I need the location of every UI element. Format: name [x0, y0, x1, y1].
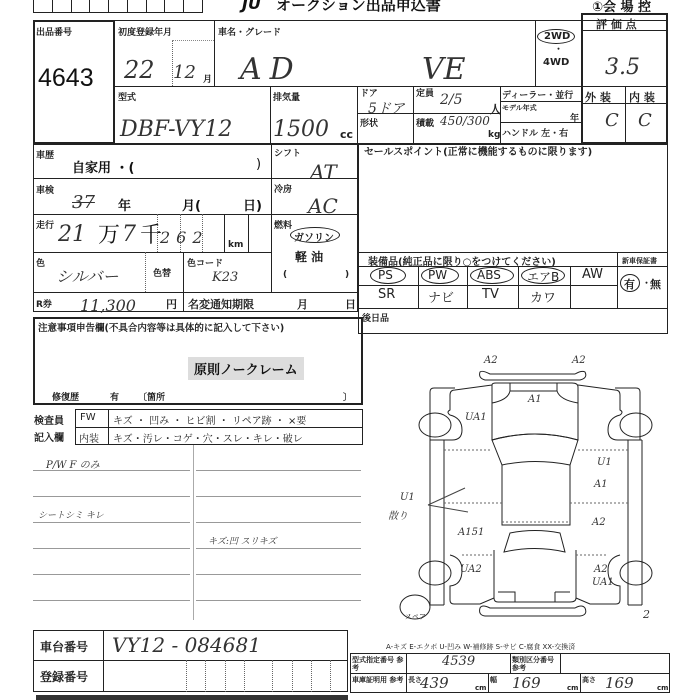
- spare-tire-label: スペア: [405, 612, 426, 622]
- load-unit: kg: [488, 130, 500, 140]
- damage-mark-a151-left: A151: [458, 527, 484, 538]
- equip-leather[interactable]: カワ: [530, 287, 556, 306]
- color-code-label: 色コード: [187, 256, 223, 269]
- damage-mark-u1-right: U1: [597, 457, 612, 468]
- model-label: 型式: [118, 90, 136, 103]
- history-close: ): [256, 157, 261, 172]
- load-label: 積載: [416, 116, 434, 129]
- first-registration-year: 22: [124, 56, 155, 84]
- recycle-label: R券: [36, 297, 52, 310]
- name-change-label: 名変通知期限: [188, 296, 254, 312]
- mileage-rest: 262: [160, 228, 209, 247]
- chassis-label: 車台番号: [40, 638, 88, 655]
- repair-yes: 有: [110, 390, 119, 403]
- form-title: オークション出品申込書: [276, 0, 441, 15]
- drive-sep: ・: [554, 42, 563, 55]
- repair-history-label: 修復歴: [52, 390, 79, 403]
- no-claim-stamp: 原則ノークレーム: [188, 357, 304, 380]
- inspection-year-value: 37: [72, 192, 95, 213]
- chassis-value: VY12 - 084681: [112, 633, 261, 657]
- damage-mark-ua1-rear-right: UA1: [592, 577, 614, 588]
- damage-mark-a1-right: A1: [594, 479, 608, 490]
- color-value: シルバー: [56, 264, 118, 287]
- handle-label: ハンドル 左・右: [502, 126, 568, 139]
- lot-number-label: 出品番号: [36, 25, 72, 38]
- repair-close: 〕: [343, 390, 352, 403]
- displacement-label: 排気量: [273, 90, 300, 103]
- equip-abs[interactable]: ABS: [477, 268, 501, 282]
- car-name-label: 車名・グレード: [218, 25, 281, 38]
- damage-mark-a1-hood: A1: [528, 394, 542, 405]
- color-code-value: K23: [212, 270, 238, 285]
- score-label: 評 価 点: [596, 16, 637, 32]
- displacement-unit: cc: [340, 128, 353, 141]
- notes-label: 注意事項申告欄(不具合内容等は具体的に記入して下さい): [38, 320, 284, 334]
- height-label: 高さ: [582, 675, 596, 685]
- shift-label: シフト: [274, 146, 301, 159]
- later-items-label: 後日品: [362, 311, 389, 324]
- fw-label: FW: [80, 412, 96, 423]
- name-change-day: 日: [345, 296, 356, 312]
- mileage-sen-unit: 千: [140, 218, 162, 249]
- inspector-label-2: 記入欄: [34, 429, 64, 444]
- mileage-sen: 7: [122, 222, 136, 247]
- sales-point-label: セールスポイント(正常に機能するものに限ります): [364, 143, 592, 158]
- equip-aw[interactable]: AW: [582, 267, 603, 282]
- capacity-value: 2/5: [440, 92, 463, 108]
- damage-mark-a2-right-rear-door: A2: [592, 517, 606, 528]
- fuel-gasoline[interactable]: ガソリン: [294, 229, 334, 244]
- logo: JU: [242, 0, 261, 13]
- interior-label: 内 装: [629, 89, 655, 105]
- type-number-value: 4539: [442, 654, 475, 669]
- length-value: 439: [420, 674, 449, 692]
- body-type-label: 形状: [360, 116, 378, 129]
- shift-value: AT: [310, 160, 337, 184]
- warranty-label: 新車保証書: [622, 256, 657, 266]
- damage-mark-scatter-left: 散り: [388, 507, 408, 522]
- inspector-note-2: シートシミ キレ: [38, 508, 104, 521]
- class-number-label: 類別区分番号 参考: [512, 656, 560, 672]
- first-registration-month: 12: [173, 62, 196, 83]
- mileage-unit: km: [228, 240, 243, 250]
- inspection-day-unit: 日): [243, 195, 262, 214]
- car-damage-diagram: [370, 340, 700, 630]
- damage-mark-ua1-front-left: UA1: [465, 412, 487, 423]
- fuel-paren-close: ): [345, 270, 349, 280]
- drive-4wd[interactable]: 4WD: [543, 57, 569, 68]
- interior-grade: C: [638, 110, 652, 131]
- equip-pw[interactable]: PW: [428, 268, 447, 282]
- recycle-unit: 円: [166, 296, 177, 312]
- interior-items: キズ・汚レ・コゲ・穴・スレ・キレ・破レ: [113, 430, 303, 445]
- dimensions-label: 車庫証明用 参考: [352, 676, 406, 684]
- capacity-label: 定員: [416, 86, 434, 99]
- model-year-label: モデル年式: [502, 103, 537, 113]
- inspection-label: 車検: [36, 183, 54, 196]
- registration-label: 登録番号: [40, 668, 88, 685]
- car-grade-value: VE: [422, 52, 466, 87]
- fuel-diesel[interactable]: 軽 油: [295, 248, 323, 265]
- displacement-value: 1500: [273, 117, 329, 142]
- warranty-yes[interactable]: 有: [624, 276, 635, 292]
- drive-2wd[interactable]: 2WD: [544, 31, 570, 42]
- width-value: 169: [512, 674, 541, 692]
- warranty-no[interactable]: 無: [650, 276, 661, 292]
- dealer-label: ディーラー・並行: [502, 88, 573, 101]
- length-unit: cm: [475, 684, 486, 692]
- type-number-label: 型式指定番号 参考: [352, 656, 406, 672]
- month-unit: 月: [203, 72, 212, 85]
- sales-point-box: [358, 144, 668, 334]
- height-unit: cm: [657, 684, 668, 692]
- equip-sr[interactable]: SR: [378, 287, 395, 302]
- damage-mark-a2-rear-right: A2: [594, 564, 608, 575]
- color-change-label: 色替: [153, 266, 171, 279]
- equip-airbag[interactable]: エアB: [527, 268, 559, 285]
- recycle-value: 11,300: [80, 296, 136, 315]
- model-value: DBF-VY12: [120, 117, 232, 142]
- first-registration-label: 初度登録年月: [118, 25, 172, 38]
- inspector-label-1: 検査員: [34, 412, 64, 427]
- exterior-label: 外 装: [585, 89, 611, 105]
- header-grid: [33, 0, 203, 13]
- color-label: 色: [36, 256, 45, 269]
- car-name-value: AD: [240, 52, 302, 87]
- lot-number-value: 4643: [38, 64, 94, 93]
- equip-navi[interactable]: ナビ: [428, 287, 454, 306]
- repair-place: 〔箇所: [138, 390, 165, 403]
- fuel-paren-open: (: [283, 270, 287, 280]
- width-unit: cm: [567, 684, 578, 692]
- history-value: 自家用 ・(: [72, 157, 134, 176]
- interior-items-label: 内装: [79, 430, 99, 445]
- mileage-man: 21: [58, 222, 86, 247]
- name-change-month: 月: [297, 296, 308, 312]
- damage-mark-ua2-rear-left: UA2: [460, 564, 482, 575]
- equip-ps[interactable]: PS: [378, 268, 393, 282]
- damage-mark-a2-right: A2: [572, 355, 586, 366]
- page-mark-2: 2: [643, 608, 650, 621]
- fw-items: キズ ・ 凹み ・ ヒビ割 ・ リペア跡 ・ ×要: [113, 412, 306, 427]
- score-value: 3.5: [605, 55, 640, 80]
- inspector-note-1: P/W F のみ: [46, 456, 100, 471]
- doors-value: 5ドア: [368, 98, 405, 118]
- inspector-note-3: キズ:凹 スリキズ: [208, 534, 277, 547]
- damage-mark-a2-left: A2: [484, 355, 498, 366]
- mileage-man-unit: 万: [98, 218, 120, 249]
- height-value: 169: [605, 674, 634, 692]
- equip-tv[interactable]: TV: [482, 287, 499, 302]
- load-value: 450/300: [440, 114, 490, 128]
- damage-mark-u1-left: U1: [400, 492, 415, 503]
- inspection-year-unit: 年: [118, 195, 131, 214]
- fuel-label: 燃料: [274, 218, 292, 231]
- exterior-grade: C: [605, 110, 619, 131]
- ac-label: 冷房: [274, 182, 292, 195]
- inspection-month-unit: 月(: [182, 195, 201, 214]
- width-label: 幅: [490, 675, 497, 685]
- history-label: 車歴: [36, 148, 54, 161]
- mileage-label: 走行: [36, 218, 54, 231]
- damage-legend: A-キズ E-エクボ U-凹み W-補修跡 S-サビ C-腐食 XX-交換済: [386, 642, 575, 652]
